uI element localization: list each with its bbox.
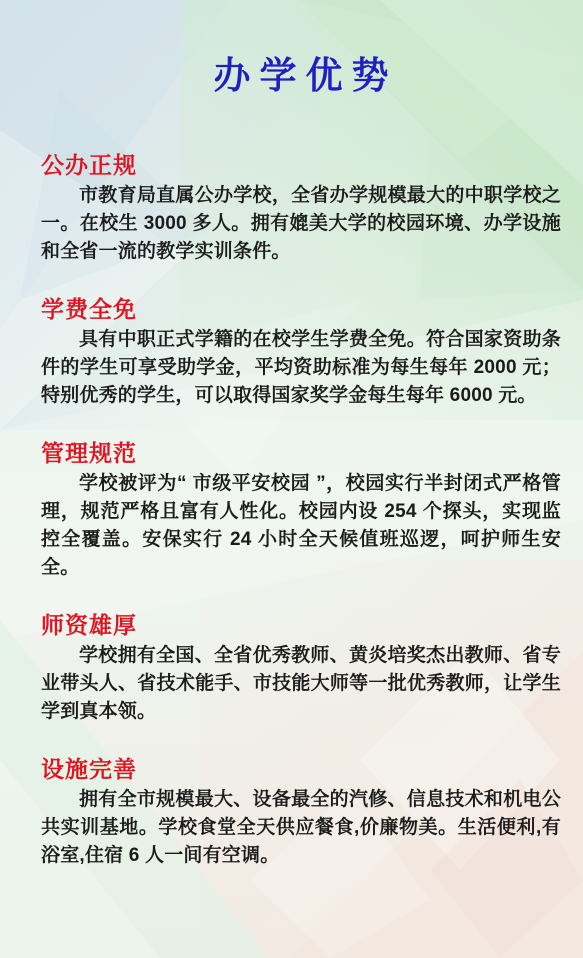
- section-heading-facilities: 设施完善: [41, 754, 561, 784]
- section-management: 管理规范 学校被评为“ 市级平安校园 ”，校园实行半封闭式严格管理，规范严格且富…: [41, 438, 561, 582]
- page-title: 办学优势: [41, 54, 561, 100]
- section-heading-management: 管理规范: [41, 438, 561, 468]
- section-body-public-school: 市教育局直属公办学校，全省办学规模最大的中职学校之一。在校生 3000 多人。拥…: [41, 182, 561, 266]
- section-heading-faculty: 师资雄厚: [41, 610, 561, 640]
- section-facilities: 设施完善 拥有全市规模最大、设备最全的汽修、信息技术和机电公共实训基地。学校食堂…: [41, 754, 561, 870]
- poster: 办学优势 公办正规 市教育局直属公办学校，全省办学规模最大的中职学校之一。在校生…: [0, 0, 583, 958]
- section-heading-public-school: 公办正规: [41, 150, 561, 180]
- section-free-tuition: 学费全免 具有中职正式学籍的在校学生学费全免。符合国家资助条件的学生可享受助学金…: [41, 294, 561, 410]
- section-faculty: 师资雄厚 学校拥有全国、全省优秀教师、黄炎培奖杰出教师、省专业带头人、省技术能手…: [41, 610, 561, 726]
- section-body-free-tuition: 具有中职正式学籍的在校学生学费全免。符合国家资助条件的学生可享受助学金，平均资助…: [41, 326, 561, 410]
- section-body-facilities: 拥有全市规模最大、设备最全的汽修、信息技术和机电公共实训基地。学校食堂全天供应餐…: [41, 786, 561, 870]
- section-body-management: 学校被评为“ 市级平安校园 ”，校园实行半封闭式严格管理，规范严格且富有人性化。…: [41, 470, 561, 582]
- section-heading-free-tuition: 学费全免: [41, 294, 561, 324]
- poster-content: 办学优势 公办正规 市教育局直属公办学校，全省办学规模最大的中职学校之一。在校生…: [0, 54, 583, 870]
- section-public-school: 公办正规 市教育局直属公办学校，全省办学规模最大的中职学校之一。在校生 3000…: [41, 150, 561, 266]
- section-body-faculty: 学校拥有全国、全省优秀教师、黄炎培奖杰出教师、省专业带头人、省技术能手、市技能大…: [41, 642, 561, 726]
